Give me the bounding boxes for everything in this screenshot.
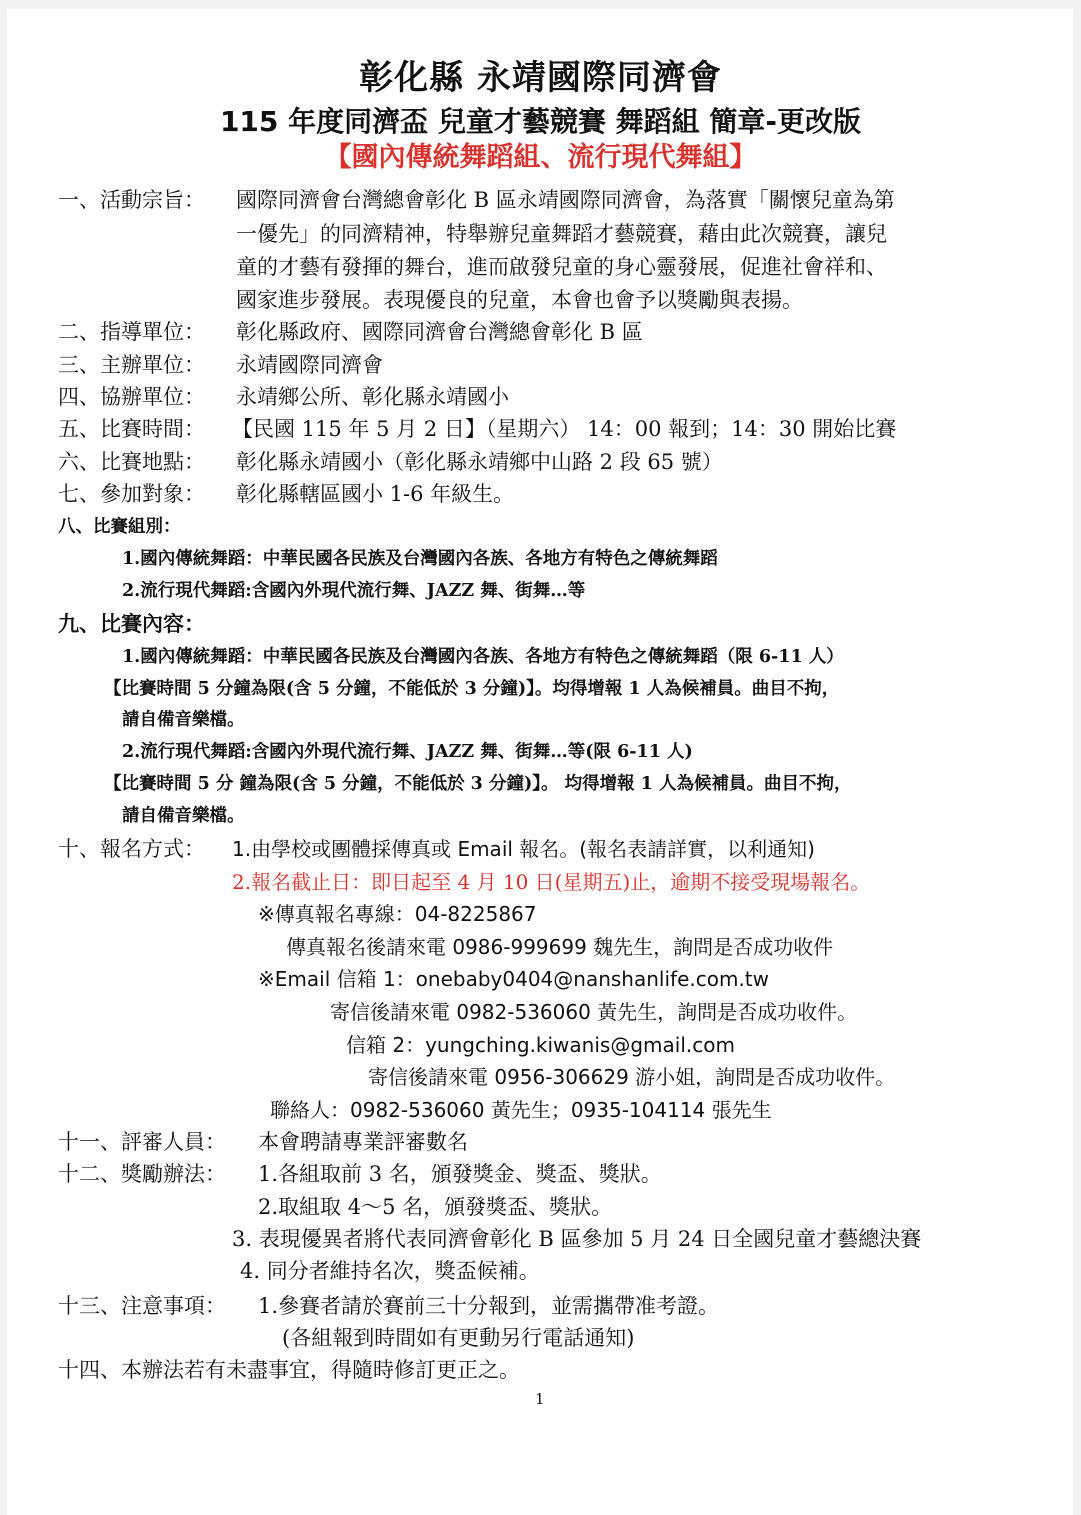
section-9-item-2-line3: 請自備音樂檔。 <box>122 802 245 827</box>
section-3-text: 永靖國際同濟會 <box>236 349 383 382</box>
section-9-item-1-line3: 請自備音樂檔。 <box>122 706 245 731</box>
contacts: 聯絡人：0982-536060 黃先生；0935-104114 張先生 <box>270 1094 772 1127</box>
section-7-label: 七、參加對象： <box>58 478 205 511</box>
section-1-line: 童的才藝有發揮的舞台，進而啟發兒童的身心靈發展，促進社會祥和、 <box>236 251 887 284</box>
section-6-text: 彰化縣永靖國小（彰化縣永靖鄉中山路 2 段 65 號） <box>236 446 723 479</box>
award-item: 1.各組取前 3 名，頒發獎金、獎盃、獎狀。 <box>258 1158 662 1191</box>
registration-method: 1.由學校或團體採傳真或 Email 報名。(報名表請詳實，以利通知) <box>232 833 815 866</box>
section-9-item-2-line2: 【比賽時間 5 分 鐘為限(含 5 分鐘，不能低於 3 分鐘)】。 均得增報 1… <box>104 770 851 795</box>
document-subtitle: 115 年度同濟盃 兒童才藝競賽 舞蹈組 簡章-更改版 <box>0 100 1081 140</box>
page-number: 1 <box>535 1390 545 1408</box>
section-2-label: 二、指導單位： <box>58 316 205 349</box>
section-7-text: 彰化縣轄區國小 1-6 年級生。 <box>236 478 514 511</box>
section-9-item-2-line1: 2.流行現代舞蹈:含國內外現代流行舞、JAZZ 舞、街舞…等(限 6-11 人) <box>122 738 693 763</box>
section-8-label: 八、比賽組別： <box>58 513 181 538</box>
groups-banner: 【國內傳統舞蹈組、流行現代舞組】 <box>0 135 1081 174</box>
section-1-line: 國際同濟會台灣總會彰化 B 區永靖國際同濟會，為落實「關懷兒童為第 <box>236 184 895 217</box>
award-item: 4. 同分者維持名次，獎盃候補。 <box>240 1255 540 1288</box>
email-1: ※Email 信箱 1：onebaby0404@nanshanlife.com.… <box>258 963 769 996</box>
section-10-label: 十、報名方式： <box>58 833 205 866</box>
document-title: 彰化縣 永靖國際同濟會 <box>0 50 1081 99</box>
section-2-text: 彰化縣政府、國際同濟會台灣總會彰化 B 區 <box>236 316 643 349</box>
section-8-item: 2.流行現代舞蹈:含國內外現代流行舞、JAZZ 舞、街舞…等 <box>122 577 585 602</box>
section-6-label: 六、比賽地點： <box>58 446 205 479</box>
section-3-label: 三、主辦單位： <box>58 349 205 382</box>
section-1-line: 國家進步發展。表現優良的兒童，本會也會予以獎勵與表揚。 <box>236 284 803 317</box>
email-1-confirm: 寄信後請來電 0982-536060 黃先生，詢問是否成功收件。 <box>330 996 857 1029</box>
section-9-label: 九、比賽內容： <box>58 608 205 638</box>
email-2: 信箱 2：yungching.kiwanis@gmail.com <box>346 1029 735 1062</box>
section-1-label: 一、活動宗旨： <box>58 184 205 217</box>
section-1-line: 一優先」的同濟精神，特舉辦兒童舞蹈才藝競賽，藉由此次競賽，讓兒 <box>236 218 887 251</box>
registration-deadline: 2.報名截止日：即日起至 4 月 10 日(星期五)止，逾期不接受現場報名。 <box>232 866 870 899</box>
section-4-label: 四、協辦單位： <box>58 381 205 414</box>
fax-confirm: 傳真報名後請來電 0986-999699 魏先生，詢問是否成功收件 <box>286 931 833 964</box>
section-4-text: 永靖鄉公所、彰化縣永靖國小 <box>236 381 509 414</box>
section-9-item-1-line2: 【比賽時間 5 分鐘為限(含 5 分鐘，不能低於 3 分鐘)】。均得增報 1 人… <box>104 675 839 700</box>
section-5-text: 【民國 115 年 5 月 2 日】（星期六） 14：00 報到；14：30 開… <box>232 413 896 446</box>
award-item: 3. 表現優異者將代表同濟會彰化 B 區參加 5 月 24 日全國兒童才藝總決賽 <box>232 1223 921 1256</box>
section-11-text: 本會聘請專業評審數名 <box>258 1126 468 1159</box>
section-13-note: (各組報到時間如有更動另行電話通知) <box>282 1322 634 1355</box>
section-11-label: 十一、評審人員： <box>58 1126 226 1159</box>
section-9-item-1-line1: 1.國內傳統舞蹈：中華民國各民族及台灣國內各族、各地方有特色之傳統舞蹈（限 6-… <box>122 643 844 668</box>
email-2-confirm: 寄信後請來電 0956-306629 游小姐，詢問是否成功收件。 <box>368 1061 895 1094</box>
award-item: 2.取組取 4～5 名，頒發獎盃、獎狀。 <box>258 1191 612 1224</box>
fax-line: ※傳真報名專線：04-8225867 <box>258 898 537 931</box>
section-14-text: 十四、本辦法若有未盡事宜，得隨時修訂更正之。 <box>58 1354 520 1387</box>
section-13-label: 十三、注意事項： <box>58 1290 226 1323</box>
section-12-label: 十二、獎勵辦法： <box>58 1158 226 1191</box>
section-13-text: 1.參賽者請於賽前三十分報到，並需攜帶准考證。 <box>258 1290 719 1323</box>
section-8-item: 1.國內傳統舞蹈：中華民國各民族及台灣國內各族、各地方有特色之傳統舞蹈 <box>122 545 718 570</box>
section-5-label: 五、比賽時間： <box>58 413 205 446</box>
